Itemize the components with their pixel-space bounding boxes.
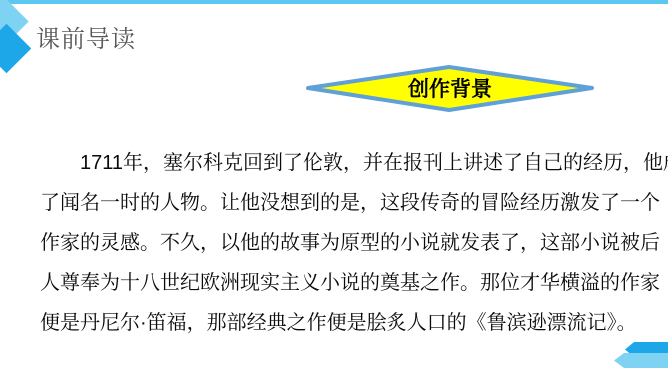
body-line: 便是丹尼尔·笛福，那部经典之作便是脍炙人口的《鲁滨逊漂流记》。 xyxy=(40,303,628,343)
decor-arrow-light xyxy=(614,353,668,368)
top-accent-bar xyxy=(0,0,668,4)
section-banner: 创作背景 xyxy=(300,60,600,116)
body-line: 1711年，塞尔科克回到了伦敦，并在报刊上讲述了自己的经历，他成 xyxy=(40,143,628,183)
body-line: 作家的灵感。不久，以他的故事为原型的小说就发表了，这部小说被后 xyxy=(40,223,628,263)
page-title: 课前导读 xyxy=(36,19,136,54)
body-paragraph: 1711年，塞尔科克回到了伦敦，并在报刊上讲述了自己的经历，他成 了闻名一时的人… xyxy=(40,143,628,343)
slide: 课前导读 创作背景 1711年，塞尔科克回到了伦敦，并在报刊上讲述了自己的经历，… xyxy=(0,0,668,376)
banner-label: 创作背景 xyxy=(300,60,600,116)
body-line: 人尊奉为十八世纪欧洲现实主义小说的奠基之作。那位才华横溢的作家 xyxy=(40,263,628,303)
corner-arrows xyxy=(608,338,668,370)
body-line: 了闻名一时的人物。让他没想到的是，这段传奇的冒险经历激发了一个 xyxy=(40,183,628,223)
